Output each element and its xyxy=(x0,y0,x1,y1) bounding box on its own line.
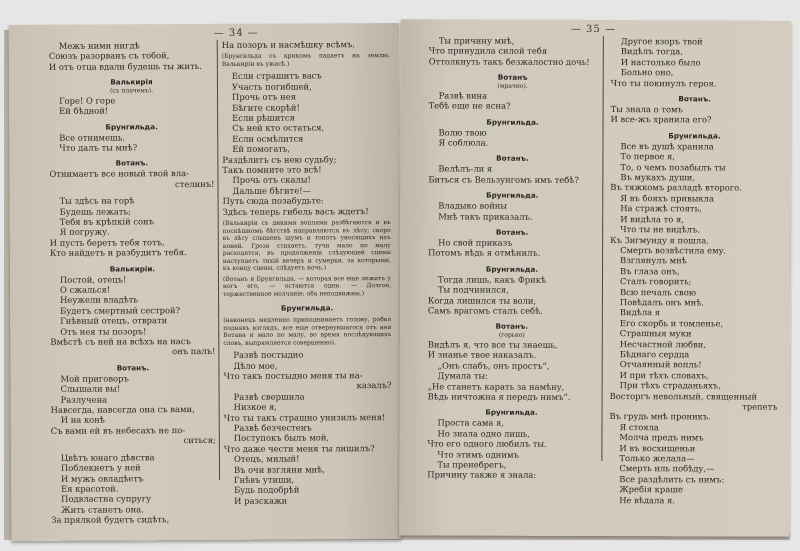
speaker-name: Вотанъ. xyxy=(428,154,596,165)
verse-line: За прялкой будетъ сидѣть, xyxy=(51,514,216,525)
verse-line: Видѣлъ я, что все ты знаешь, xyxy=(428,339,596,350)
text-column: Межъ ними нигдѣСоюзъ разорванъ съ тобой,… xyxy=(49,40,217,525)
verse-line: И видѣла то я, xyxy=(610,214,778,225)
verse-line: „Онъ слабъ, онъ простъ“, xyxy=(428,360,596,371)
verse-line: Что принудила силой тебя xyxy=(429,46,597,57)
verse-line: И настолько было xyxy=(611,57,779,68)
verse-line: Сталъ говорить; xyxy=(610,276,778,287)
speaker-name: Вотанъ. xyxy=(611,94,779,105)
verse-line: Видѣла я xyxy=(610,307,778,318)
verse-line: То, о чемъ позабылъ ты xyxy=(610,162,778,173)
verse-line: Что ты не видѣлъ. xyxy=(610,224,778,235)
speaker-name: Вотанъ. xyxy=(428,322,596,333)
verse-line: Я соблюла. xyxy=(428,137,596,148)
open-booklet: — 34 — Межъ ними нигдѣСоюзъ разорванъ съ… xyxy=(0,0,800,551)
verse-line: И знанье твое наказалъ. xyxy=(428,350,596,361)
verse-line: Все раздѣлить съ нимъ: xyxy=(609,474,777,485)
verse-line: Тогда лишь, какъ Фрикѣ xyxy=(428,274,596,285)
verse-line: „Не станетъ карать за намѣну, xyxy=(428,381,596,392)
verse-line-continuation: стелинъ! xyxy=(49,179,214,190)
speaker-name: Брунгильда. xyxy=(428,191,596,202)
verse-line: Оттолкнуть такъ безжалостно дочь! xyxy=(429,56,597,67)
verse-line: При тѣхъ страданьяхъ, xyxy=(610,380,778,391)
verse-line: Но знала одно лишь, xyxy=(427,428,595,439)
verse-line: Что ты такъ страшно унизилъ меня! xyxy=(224,412,392,423)
speaker-name: Брунгильда. xyxy=(428,264,596,275)
verse-line: Проста сама я, xyxy=(427,418,595,429)
verse-line: Кто найдетъ и разбудитъ тебя. xyxy=(50,247,215,258)
stage-direction: (Вотанъ и Брунгильда, — которая все еще … xyxy=(223,275,391,298)
verse-line: Только желала— xyxy=(609,453,777,464)
stage-direction: (Валькиріи съ дикими воплями разбѣгаются… xyxy=(223,219,391,272)
left-page: — 34 — Межъ ними нигдѣСоюзъ разорванъ съ… xyxy=(9,23,402,541)
verse-line: Но свой приказъ xyxy=(428,237,596,248)
verse-line: Жребія краше xyxy=(609,484,777,495)
verse-line: Потомъ вѣдь я отмѣнилъ. xyxy=(428,248,596,259)
verse-line: Биться съ Вельзунгомъ имъ тебѣ? xyxy=(428,174,596,185)
verse-line: Въ мукахъ души, xyxy=(610,172,778,183)
speaker-name: Брунгильда. xyxy=(429,117,597,128)
verse-line: Волю твою xyxy=(428,127,596,138)
verse-line: Что этимъ однимъ xyxy=(427,449,595,460)
verse-line: Видѣлъ тогда, xyxy=(611,46,779,57)
speaker-name: Брунгильда. xyxy=(428,408,596,419)
stage-direction: (наконецъ медленно приподнимаетъ голову,… xyxy=(223,316,391,347)
verse-line: Смерть иль побѣду,— xyxy=(609,463,777,474)
verse-line: Ты подчинился, xyxy=(428,285,596,296)
text-column: На позоръ и насмѣшку всѣмъ.(Брунгильда с… xyxy=(217,39,392,480)
verse-line: Смерть возвѣстила ему. xyxy=(610,245,778,256)
verse-line: Восторгъ невольный, священный xyxy=(610,391,778,402)
verse-line-continuation: казалъ? xyxy=(224,380,392,391)
verse-line: И разскажи xyxy=(224,495,392,506)
verse-line: Когда лишился ты воли, xyxy=(428,295,596,306)
page-number: — 34 — xyxy=(214,28,259,39)
verse-line: Что даже чести меня ты лишилъ? xyxy=(224,443,392,454)
verse-line: Я въ бояхъ привыкла xyxy=(610,193,778,204)
verse-line: Бѣднаго сердца xyxy=(610,349,778,360)
verse-line: Въ глаза онъ, xyxy=(610,266,778,277)
verse-line: Молча предъ нимъ xyxy=(609,432,777,443)
verse-line: И въ восхищеньи xyxy=(609,443,777,454)
verse-line: Причину также я знала: xyxy=(427,470,595,481)
verse-line: Развѣ вина xyxy=(429,90,597,101)
text-column: Ты причину мнѣ,Что принудила силой тебяО… xyxy=(427,35,603,461)
verse-line: И при тѣхъ словахъ, xyxy=(610,370,778,381)
verse-line: И все-жъ хранила его? xyxy=(611,114,779,125)
verse-line: Ты пренебрегъ, xyxy=(427,459,595,470)
verse-line: Не вѣдала я. xyxy=(609,495,777,506)
verse-line: Мнѣ такъ приказалъ. xyxy=(428,211,596,222)
verse-line: Несчастной любви, xyxy=(610,339,778,350)
verse-line: То первое я, xyxy=(610,151,778,162)
verse-line: Тебѣ еще не ясна? xyxy=(429,101,597,112)
speaker-name: Брунгильда. xyxy=(610,131,778,142)
verse-line: Что далъ ты мнѣ? xyxy=(49,142,214,153)
verse-line: Его скорбь и томленье, xyxy=(610,318,778,329)
verse-line: Ты причину мнѣ, xyxy=(429,35,597,46)
verse-line: На позоръ и насмѣшку всѣмъ. xyxy=(222,39,390,50)
verse-line: Въ тяжкомъ разладѣ второго. xyxy=(610,183,778,194)
verse-line: Повѣдалъ онъ мнѣ. xyxy=(610,297,778,308)
verse-line: Всю печаль свою xyxy=(610,287,778,298)
verse-line: Другое взоръ твой xyxy=(611,36,779,47)
verse-line: Самъ врагомъ сталъ себѣ. xyxy=(428,305,596,316)
verse-line-continuation: трепетъ xyxy=(610,401,778,412)
verse-line: Я стояла xyxy=(609,422,777,433)
verse-line: Все въ душѣ хранила xyxy=(610,141,778,152)
verse-line: Ты знала о томъ xyxy=(611,104,779,115)
verse-line: Здѣсь теперь гибель васъ ждетъ! xyxy=(223,206,391,217)
verse-line: И отъ отца вдали будешь ты жить. xyxy=(49,61,214,72)
verse-line: Отчаянный вопль! xyxy=(610,359,778,370)
verse-line: Страшныя муки xyxy=(610,328,778,339)
speaker-name: Вотанъ xyxy=(429,73,597,84)
stage-direction: (Брунгильда съ крикомъ падаетъ на землю.… xyxy=(222,52,390,68)
verse-line: Думала ты: xyxy=(428,371,596,382)
verse-line: Ей бѣдной! xyxy=(49,105,214,116)
verse-line: Въ грудь мнѣ проникъ. xyxy=(609,411,777,422)
verse-line: Что ты покинулъ героя. xyxy=(611,78,779,89)
verse-line: Что его одного любилъ ты. xyxy=(427,439,595,450)
verse-line: Къ Зигмунду я пошла, xyxy=(610,235,778,246)
verse-line: Велѣлъ-ли я xyxy=(428,164,596,175)
verse-line: Владыко войны xyxy=(428,201,596,212)
verse-line: Навсегда, навсегда она съ вами, xyxy=(51,404,216,415)
verse-line: Больно оно, xyxy=(611,67,779,78)
verse-line-continuation: ситься; xyxy=(51,435,216,446)
speaker-name: Брунгильда. xyxy=(223,303,391,314)
right-page: — 35 — Ты причину мнѣ,Что принудила сило… xyxy=(399,19,791,536)
verse-line: На стражѣ стоять, xyxy=(610,203,778,214)
page-number: — 35 — xyxy=(571,24,616,35)
verse-line: Взглянулъ мнѣ xyxy=(610,255,778,266)
text-column: Другое взоръ твойВидѣлъ тогда,И настольк… xyxy=(609,36,779,506)
verse-line: Вѣдь ничтожна я передъ нимъ“. xyxy=(428,391,596,402)
speaker-name: Вотанъ. xyxy=(428,227,596,238)
verse-line-continuation: онъ палъ! xyxy=(50,346,215,357)
